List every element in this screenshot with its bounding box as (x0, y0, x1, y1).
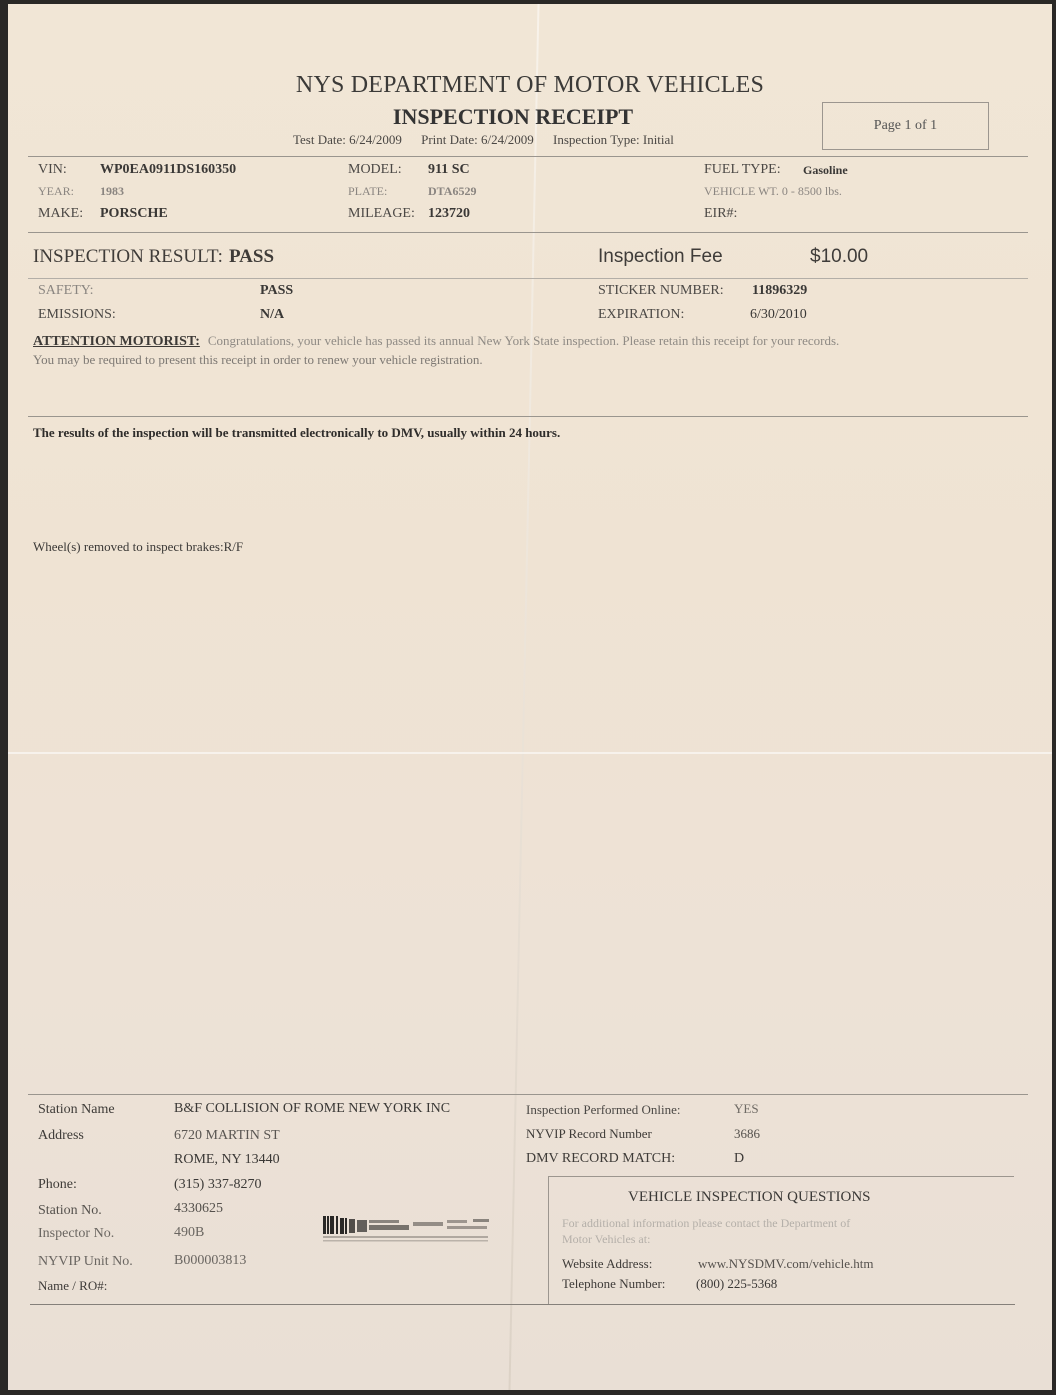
phone-value: (315) 337-8270 (174, 1177, 262, 1193)
inspector-no-label: Inspector No. (38, 1226, 114, 1242)
inspector-no-value: 490B (174, 1225, 204, 1241)
eir-label: EIR#: (704, 206, 737, 222)
address-line1: 6720 MARTIN ST (174, 1128, 280, 1144)
vehicle-weight: VEHICLE WT. 0 - 8500 lbs. (704, 184, 842, 199)
model-value: 911 SC (428, 162, 470, 178)
attention-notice: ATTENTION MOTORIST:Congratulations, your… (33, 333, 839, 350)
fuel-label: FUEL TYPE: (704, 162, 781, 178)
nyvip-record-value: 3686 (734, 1126, 760, 1142)
page-indicator: Page 1 of 1 (822, 102, 989, 150)
website-link[interactable]: www.NYSDMV.com/vehicle.htm (698, 1256, 874, 1272)
expiration-value: 6/30/2010 (750, 307, 807, 323)
divider (28, 156, 1028, 157)
inspection-fee-label: Inspection Fee (598, 246, 723, 268)
divider (28, 1094, 1028, 1095)
safety-label: SAFETY: (38, 283, 94, 299)
model-label: MODEL: (348, 162, 402, 178)
inspection-type: Inspection Type: Initial (553, 132, 674, 147)
mileage-label: MILEAGE: (348, 206, 415, 222)
divider (30, 1304, 1015, 1305)
questions-info-line1: For additional information please contac… (562, 1216, 850, 1231)
inspection-result-label: INSPECTION RESULT: (33, 246, 223, 267)
mileage-value: 123720 (428, 206, 470, 222)
plate-label: PLATE: (348, 184, 387, 199)
online-label: Inspection Performed Online: (526, 1102, 681, 1118)
station-no-value: 4330625 (174, 1201, 223, 1217)
vin-label: VIN: (38, 162, 67, 178)
paper-fold-vertical (508, 4, 539, 1390)
inspection-result: INSPECTION RESULT:PASS (33, 246, 274, 268)
attention-label: ATTENTION MOTORIST: (33, 334, 200, 349)
phone-label: Phone: (38, 1177, 77, 1193)
fuel-value: Gasoline (803, 163, 848, 178)
station-name-label: Station Name (38, 1102, 115, 1118)
inspection-result-value: PASS (229, 246, 274, 267)
test-date: Test Date: 6/24/2009 (293, 132, 402, 147)
website-label: Website Address: (562, 1256, 652, 1272)
divider (28, 232, 1028, 233)
paper-fold-horizontal (8, 752, 1052, 754)
nyvip-unit-label: NYVIP Unit No. (38, 1254, 133, 1270)
telephone-label: Telephone Number: (562, 1276, 665, 1292)
station-no-label: Station No. (38, 1203, 102, 1219)
safety-value: PASS (260, 283, 293, 299)
station-name-value: B&F COLLISION OF ROME NEW YORK INC (174, 1101, 450, 1117)
vin-value: WP0EA0911DS160350 (100, 162, 236, 178)
divider (28, 416, 1028, 417)
inspection-receipt-page: NYS DEPARTMENT OF MOTOR VEHICLES INSPECT… (8, 4, 1052, 1390)
date-line: Test Date: 6/24/2009 Print Date: 6/24/20… (293, 132, 690, 148)
inspection-fee-value: $10.00 (810, 246, 868, 268)
registration-notice: You may be required to present this rece… (33, 352, 483, 368)
expiration-label: EXPIRATION: (598, 307, 684, 323)
make-label: MAKE: (38, 206, 83, 222)
dmv-match-label: DMV RECORD MATCH: (526, 1151, 675, 1167)
emissions-label: EMISSIONS: (38, 307, 116, 323)
transmission-notice: The results of the inspection will be tr… (33, 425, 560, 441)
sticker-label: STICKER NUMBER: (598, 283, 724, 299)
year-label: YEAR: (38, 184, 74, 199)
questions-title: VEHICLE INSPECTION QUESTIONS (628, 1189, 871, 1206)
sticker-value: 11896329 (752, 283, 807, 299)
name-ro-label: Name / RO#: (38, 1278, 107, 1294)
online-value: YES (734, 1101, 759, 1117)
agency-title: NYS DEPARTMENT OF MOTOR VEHICLES (8, 72, 1052, 99)
emissions-value: N/A (260, 307, 284, 323)
attention-text: Congratulations, your vehicle has passed… (208, 333, 839, 348)
barcode-icon (323, 1214, 491, 1244)
print-date: Print Date: 6/24/2009 (421, 132, 534, 147)
year-value: 1983 (100, 184, 124, 199)
telephone-value: (800) 225-5368 (696, 1276, 777, 1292)
plate-value: DTA6529 (428, 184, 476, 199)
questions-info-line2: Motor Vehicles at: (562, 1232, 650, 1247)
divider (28, 278, 1028, 279)
make-value: PORSCHE (100, 206, 168, 222)
wheels-removed-note: Wheel(s) removed to inspect brakes:R/F (33, 539, 243, 555)
nyvip-unit-value: B000003813 (174, 1253, 246, 1269)
dmv-match-value: D (734, 1151, 744, 1167)
nyvip-record-label: NYVIP Record Number (526, 1126, 652, 1142)
address-line2: ROME, NY 13440 (174, 1152, 280, 1168)
address-label: Address (38, 1128, 84, 1144)
